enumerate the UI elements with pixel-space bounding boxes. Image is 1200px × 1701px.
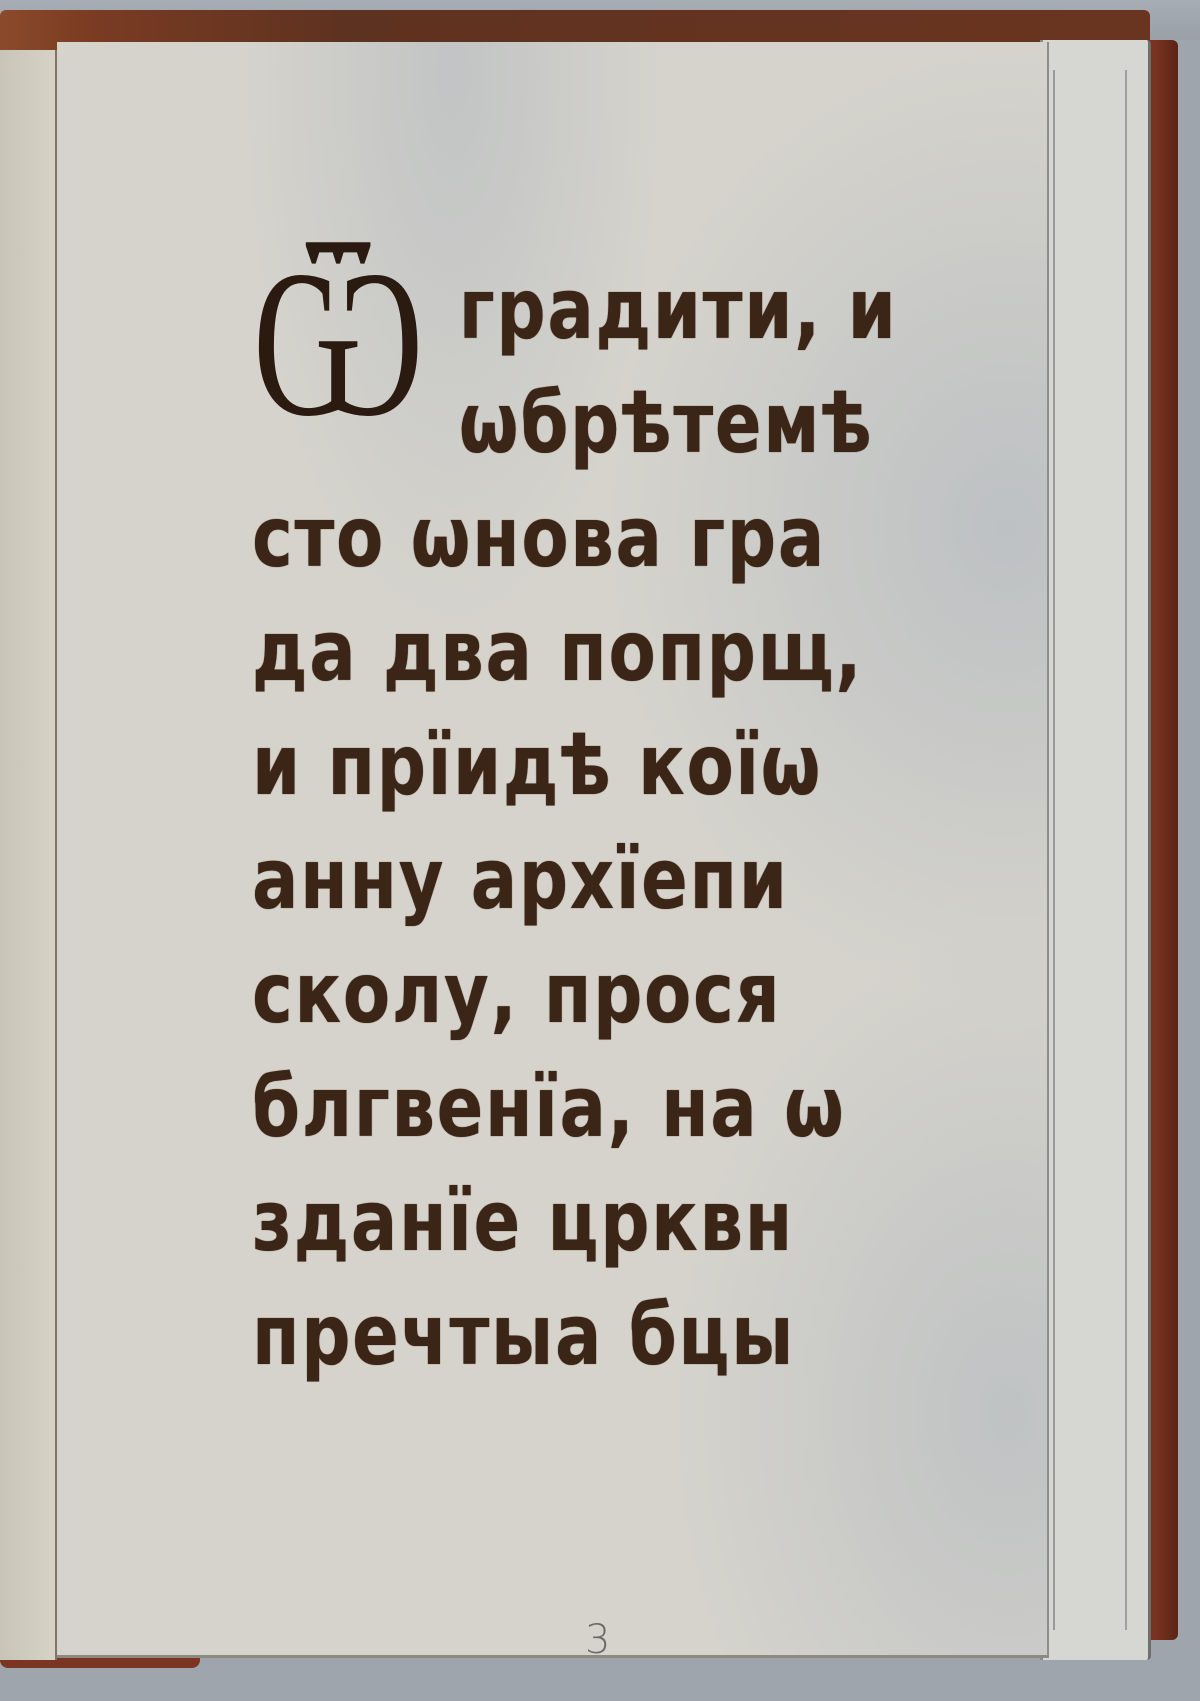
text-line-10: пречтыа бцы [252,1278,875,1392]
text-line-6: анну архїепи [252,822,875,936]
text-line-2: ѡбрѣтемѣ [252,366,875,480]
text-line-4: да два попрщ, [252,594,875,708]
manuscript-text: Ѿ градити, и ѡбрѣтемѣ сто ѡнова гра да д… [252,252,1012,1392]
page-stack-edge [1040,40,1151,1660]
text-line-9: зданїе црквн [252,1164,875,1278]
facing-page-edge [0,50,57,1660]
text-line-5: и прїидѣ коїѡ [252,708,875,822]
text-line-1: градити, и [252,252,875,366]
text-line-8: блгвенїа, на ѡ [252,1050,875,1164]
page-number: 3 [585,1617,610,1663]
manuscript-page: Ѿ градити, и ѡбрѣтемѣ сто ѡнова гра да д… [57,42,1049,1658]
text-line-3: сто ѡнова гра [252,480,875,594]
text-line-7: сколу, прося [252,936,875,1050]
